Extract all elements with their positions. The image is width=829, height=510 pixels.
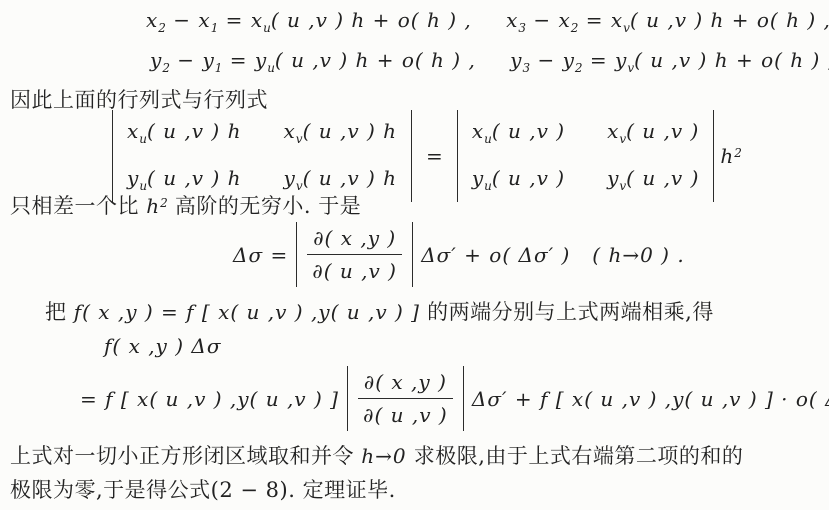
det-cell-xv-h: xv( u ,v ) h [284, 119, 398, 146]
increment-equations-block: x2 − x1 = xu( u ,v ) h + o( h ) , x3 − x… [146, 8, 829, 88]
jacobian-absolute-value: ∂( x ,y ) ∂( u ,v ) [296, 222, 413, 287]
equation-row-y: y2 − y1 = yu( u ,v ) h + o( h ) , y3 − y… [150, 48, 829, 75]
paragraph-text: 的两端分别与上式两端相乘,得 [420, 300, 714, 324]
equation-y3-minus-y2: y3 − y2 = yv( u ,v ) h + o( h ) , [510, 48, 829, 72]
jacobian-denominator: ∂( u ,v ) [358, 399, 453, 427]
jacobian-fraction: ∂( x ,y ) ∂( u ,v ) [358, 370, 453, 427]
h-squared-inline: h2 [146, 194, 168, 218]
paragraph-text: 上式对一切小正方形闭区域取和并令 [10, 444, 361, 468]
h-squared-factor: h2 [720, 144, 742, 168]
determinant-equation: xu( u ,v ) h xv( u ,v ) h yu( u ,v ) h y… [112, 110, 742, 202]
paragraph-text: 高阶的无穷小. 于是 [168, 194, 362, 218]
paragraph-limit-line2: 极限为零,于是得公式(2 − 8). 定理证毕. [10, 474, 396, 504]
delta-sigma-rhs: Δσ′ + o( Δσ′ ) ( h→0 ) . [421, 243, 685, 267]
delta-sigma-equation: Δσ = ∂( x ,y ) ∂( u ,v ) Δσ′ + o( Δσ′ ) … [233, 222, 685, 287]
det-cell-yu: yu( u ,v ) [472, 166, 565, 193]
det-cell-xu: xu( u ,v ) [472, 119, 565, 146]
expanded-equation-rhs: Δσ′ + f [ x( u ,v ) ,y( u ,v ) ] · o( Δσ… [472, 387, 829, 411]
det-cell-yu-h: yu( u ,v ) h [127, 166, 242, 193]
h-to-zero-inline: h→0 [361, 444, 406, 468]
equation-y2-minus-y1: y2 − y1 = yu( u ,v ) h + o( h ) , [150, 48, 476, 72]
fxy-delta-sigma-line: f( x ,y ) Δσ [104, 334, 221, 358]
paragraph-text: 把 [45, 300, 74, 324]
jacobian-denominator: ∂( u ,v ) [307, 255, 402, 283]
jacobian-numerator: ∂( x ,y ) [358, 370, 453, 399]
paragraph-text: 只相差一个比 [10, 194, 146, 218]
paragraph-multiply-both-sides: 把 f( x ,y ) = f [ x( u ,v ) ,y( u ,v ) ]… [45, 296, 714, 326]
jacobian-fraction: ∂( x ,y ) ∂( u ,v ) [307, 226, 402, 283]
expanded-product-equation: = f [ x( u ,v ) ,y( u ,v ) ] ∂( x ,y ) ∂… [80, 366, 829, 431]
equation-x2-minus-x1: x2 − x1 = xu( u ,v ) h + o( h ) , [146, 8, 472, 32]
equation-row-x: x2 − x1 = xu( u ,v ) h + o( h ) , x3 − x… [146, 8, 829, 35]
paragraph-limit-line1: 上式对一切小正方形闭区域取和并令 h→0 求极限,由于上式右端第二项的和的 [10, 440, 743, 470]
textbook-page: x2 − x1 = xu( u ,v ) h + o( h ) , x3 − x… [0, 0, 829, 510]
determinant-right-matrix: xu( u ,v ) xv( u ,v ) yu( u ,v ) yv( u ,… [457, 110, 715, 202]
det-cell-yv-h: yv( u ,v ) h [284, 166, 398, 193]
jacobian-numerator: ∂( x ,y ) [307, 226, 402, 255]
jacobian-absolute-value: ∂( x ,y ) ∂( u ,v ) [347, 366, 464, 431]
paragraph-text: 求极限,由于上式右端第二项的和的 [407, 444, 744, 468]
delta-sigma-lhs: Δσ = [233, 243, 288, 267]
paragraph-higher-order-infinitesimal: 只相差一个比 h2 高阶的无穷小. 于是 [10, 190, 361, 220]
determinant-left-matrix: xu( u ,v ) h xv( u ,v ) h yu( u ,v ) h y… [112, 110, 412, 202]
det-cell-yv: yv( u ,v ) [607, 166, 699, 193]
equals-sign: = [426, 144, 443, 168]
det-cell-xu-h: xu( u ,v ) h [127, 119, 242, 146]
expanded-equation-lhs: = f [ x( u ,v ) ,y( u ,v ) ] [80, 387, 339, 411]
det-cell-xv: xv( u ,v ) [607, 119, 699, 146]
fxy-substitution-inline: f( x ,y ) = f [ x( u ,v ) ,y( u ,v ) ] [74, 300, 420, 324]
equation-x3-minus-x2: x3 − x2 = xv( u ,v ) h + o( h ) , [506, 8, 829, 32]
